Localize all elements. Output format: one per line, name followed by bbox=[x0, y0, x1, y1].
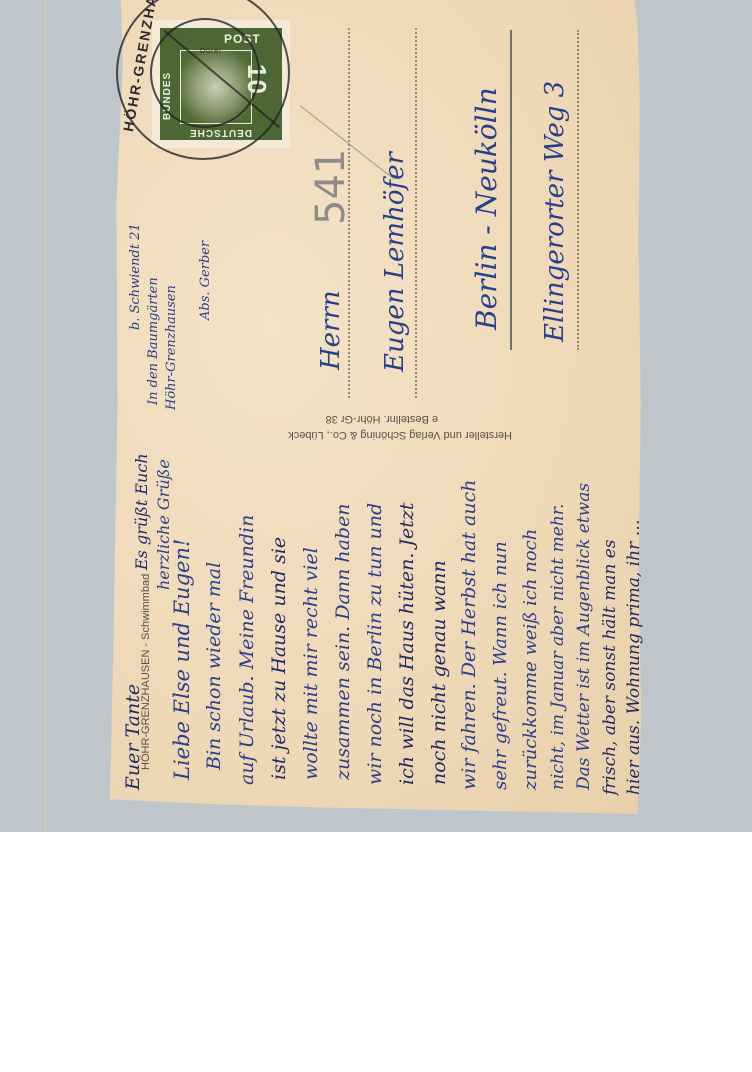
message-line-5: zusammen sein. Dann haben bbox=[332, 503, 354, 780]
sender-line-3: In den Baumgärten bbox=[146, 277, 161, 405]
message-line-11: zurückkomme weiß ich noch bbox=[520, 529, 541, 790]
message-line-14: frisch, aber sonst hält man es bbox=[600, 540, 620, 795]
sender-line-4: b. Schwiendt 21 bbox=[128, 223, 143, 330]
address-line-3 bbox=[510, 30, 512, 350]
message-line-4: wollte mit mir recht viel bbox=[300, 547, 322, 780]
message-line-12: nicht, im Januar aber nicht mehr. bbox=[548, 504, 568, 790]
message-line-3: ist jetzt zu Hause und sie bbox=[268, 537, 290, 780]
message-greeting: Liebe Else und Eugen! bbox=[170, 539, 194, 780]
message-line-9: wir fahren. Der Herbst hat auch bbox=[458, 480, 480, 790]
address-city: Berlin - Neukölln bbox=[470, 87, 503, 330]
message-line-15: hier aus. Wohnung prima, ihr … bbox=[624, 519, 644, 795]
address-name: Eugen Lemhöfer bbox=[380, 152, 410, 372]
message-line-1: Bin schon wieder mal bbox=[203, 562, 225, 770]
message-line-13: Das Wetter ist im Augenblick etwas bbox=[574, 483, 594, 790]
sender-line-2: Höhr-Grenzhausen bbox=[164, 285, 179, 410]
address-street: Ellingerorter Weg 3 bbox=[540, 81, 570, 342]
message-line-6: wir noch in Berlin zu tun und bbox=[364, 503, 386, 785]
address-salutation: Herrn bbox=[316, 290, 346, 370]
publisher-line: Hersteller und Verlag Schöning & Co., Lü… bbox=[288, 429, 512, 441]
scan-artifact-line bbox=[45, 0, 46, 832]
message-line-8: noch nicht genau wann bbox=[428, 560, 450, 785]
address-line-1 bbox=[348, 28, 350, 398]
closing-line-1: Es grüßt Euch bbox=[132, 453, 151, 570]
address-line-4 bbox=[577, 30, 579, 350]
message-line-2: auf Urlaub. Meine Freundin bbox=[236, 515, 258, 785]
sender-line-1: Abs. Gerber bbox=[198, 241, 213, 320]
order-number: e Bestellnr. Höhr-Gr 38 bbox=[326, 413, 439, 425]
address-line-2 bbox=[415, 28, 417, 398]
message-line-7: ich will das Haus hüten. Jetzt bbox=[396, 502, 418, 785]
closing-line-3: Euer Tante bbox=[122, 684, 144, 790]
message-line-10: sehr gefreut. Wann ich nun bbox=[490, 541, 511, 790]
